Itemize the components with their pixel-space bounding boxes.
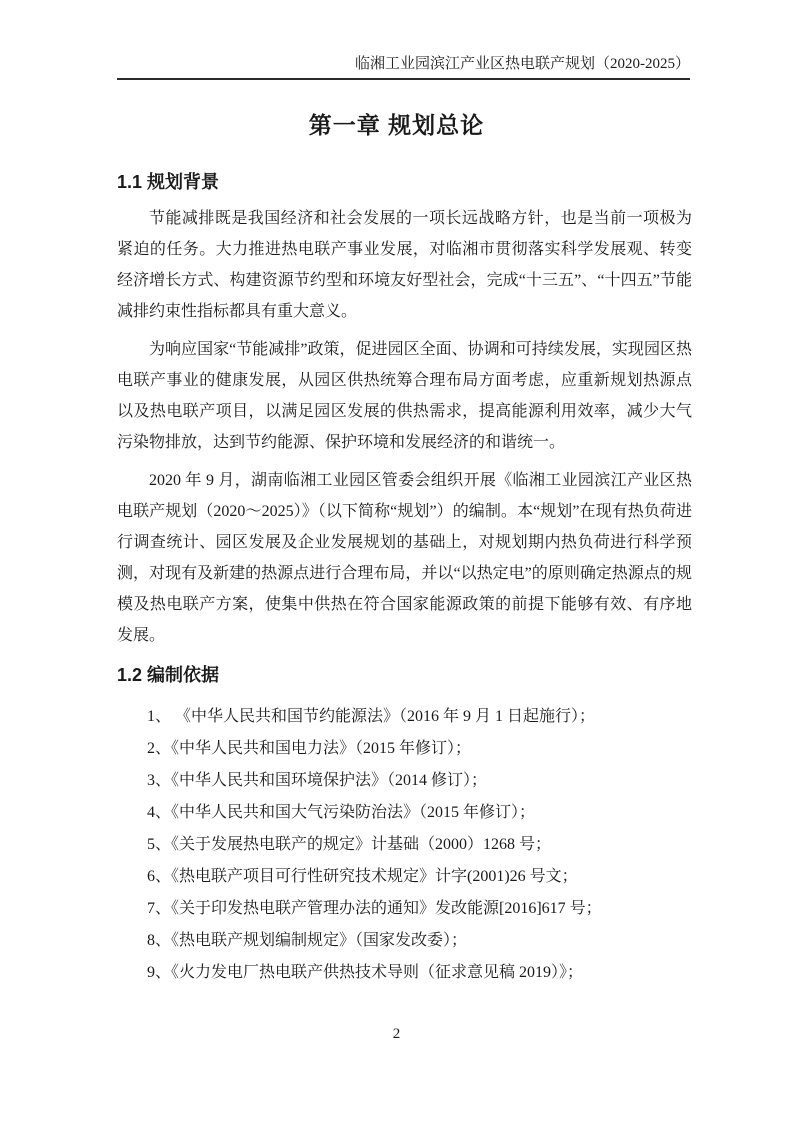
list-item: 6、《热电联产项目可行性研究技术规定》计字(2001)26 号文；	[117, 861, 692, 893]
paragraph: 节能减排既是我国经济和社会发展的一项长远战略方针，也是当前一项极为紧迫的任务。大…	[117, 203, 692, 327]
reference-list: 1、 《中华人民共和国节约能源法》（2016 年 9 月 1 日起施行）； 2、…	[117, 701, 692, 989]
section-heading-1-1: 1.1 规划背景	[117, 170, 692, 194]
list-item: 9、《火力发电厂热电联产供热技术导则（征求意见稿 2019）》；	[117, 957, 692, 989]
section-heading-1-2: 1.2 编制依据	[117, 663, 692, 687]
page-header-title: 临湘工业园滨江产业区热电联产规划（2020-2025）	[355, 56, 690, 72]
list-item: 3、《中华人民共和国环境保护法》（2014 修订）；	[117, 765, 692, 797]
list-item: 5、《关于发展热电联产的规定》计基础（2000）1268 号；	[117, 829, 692, 861]
document-page: 临湘工业园滨江产业区热电联产规划（2020-2025） 第一章 规划总论 1.1…	[0, 0, 793, 1122]
list-item: 7、《关于印发热电联产管理办法的通知》发改能源[2016]617 号；	[117, 893, 692, 925]
list-item: 1、 《中华人民共和国节约能源法》（2016 年 9 月 1 日起施行）；	[117, 701, 692, 733]
section-1-body: 节能减排既是我国经济和社会发展的一项长远战略方针，也是当前一项极为紧迫的任务。大…	[117, 203, 692, 658]
list-item: 8、《热电联产规划编制规定》（国家发改委）；	[117, 925, 692, 957]
page-header: 临湘工业园滨江产业区热电联产规划（2020-2025）	[117, 55, 690, 80]
paragraph: 为响应国家“节能减排”政策，促进园区全面、协调和可持续发展，实现园区热电联产事业…	[117, 334, 692, 458]
page-number: 2	[0, 1024, 793, 1044]
list-item: 2、《中华人民共和国电力法》（2015 年修订）；	[117, 733, 692, 765]
list-item: 4、《中华人民共和国大气污染防治法》（2015 年修订）；	[117, 797, 692, 829]
paragraph: 2020 年 9 月，湖南临湘工业园区管委会组织开展《临湘工业园滨江产业区热电联…	[117, 465, 692, 651]
chapter-title: 第一章 规划总论	[0, 109, 793, 141]
